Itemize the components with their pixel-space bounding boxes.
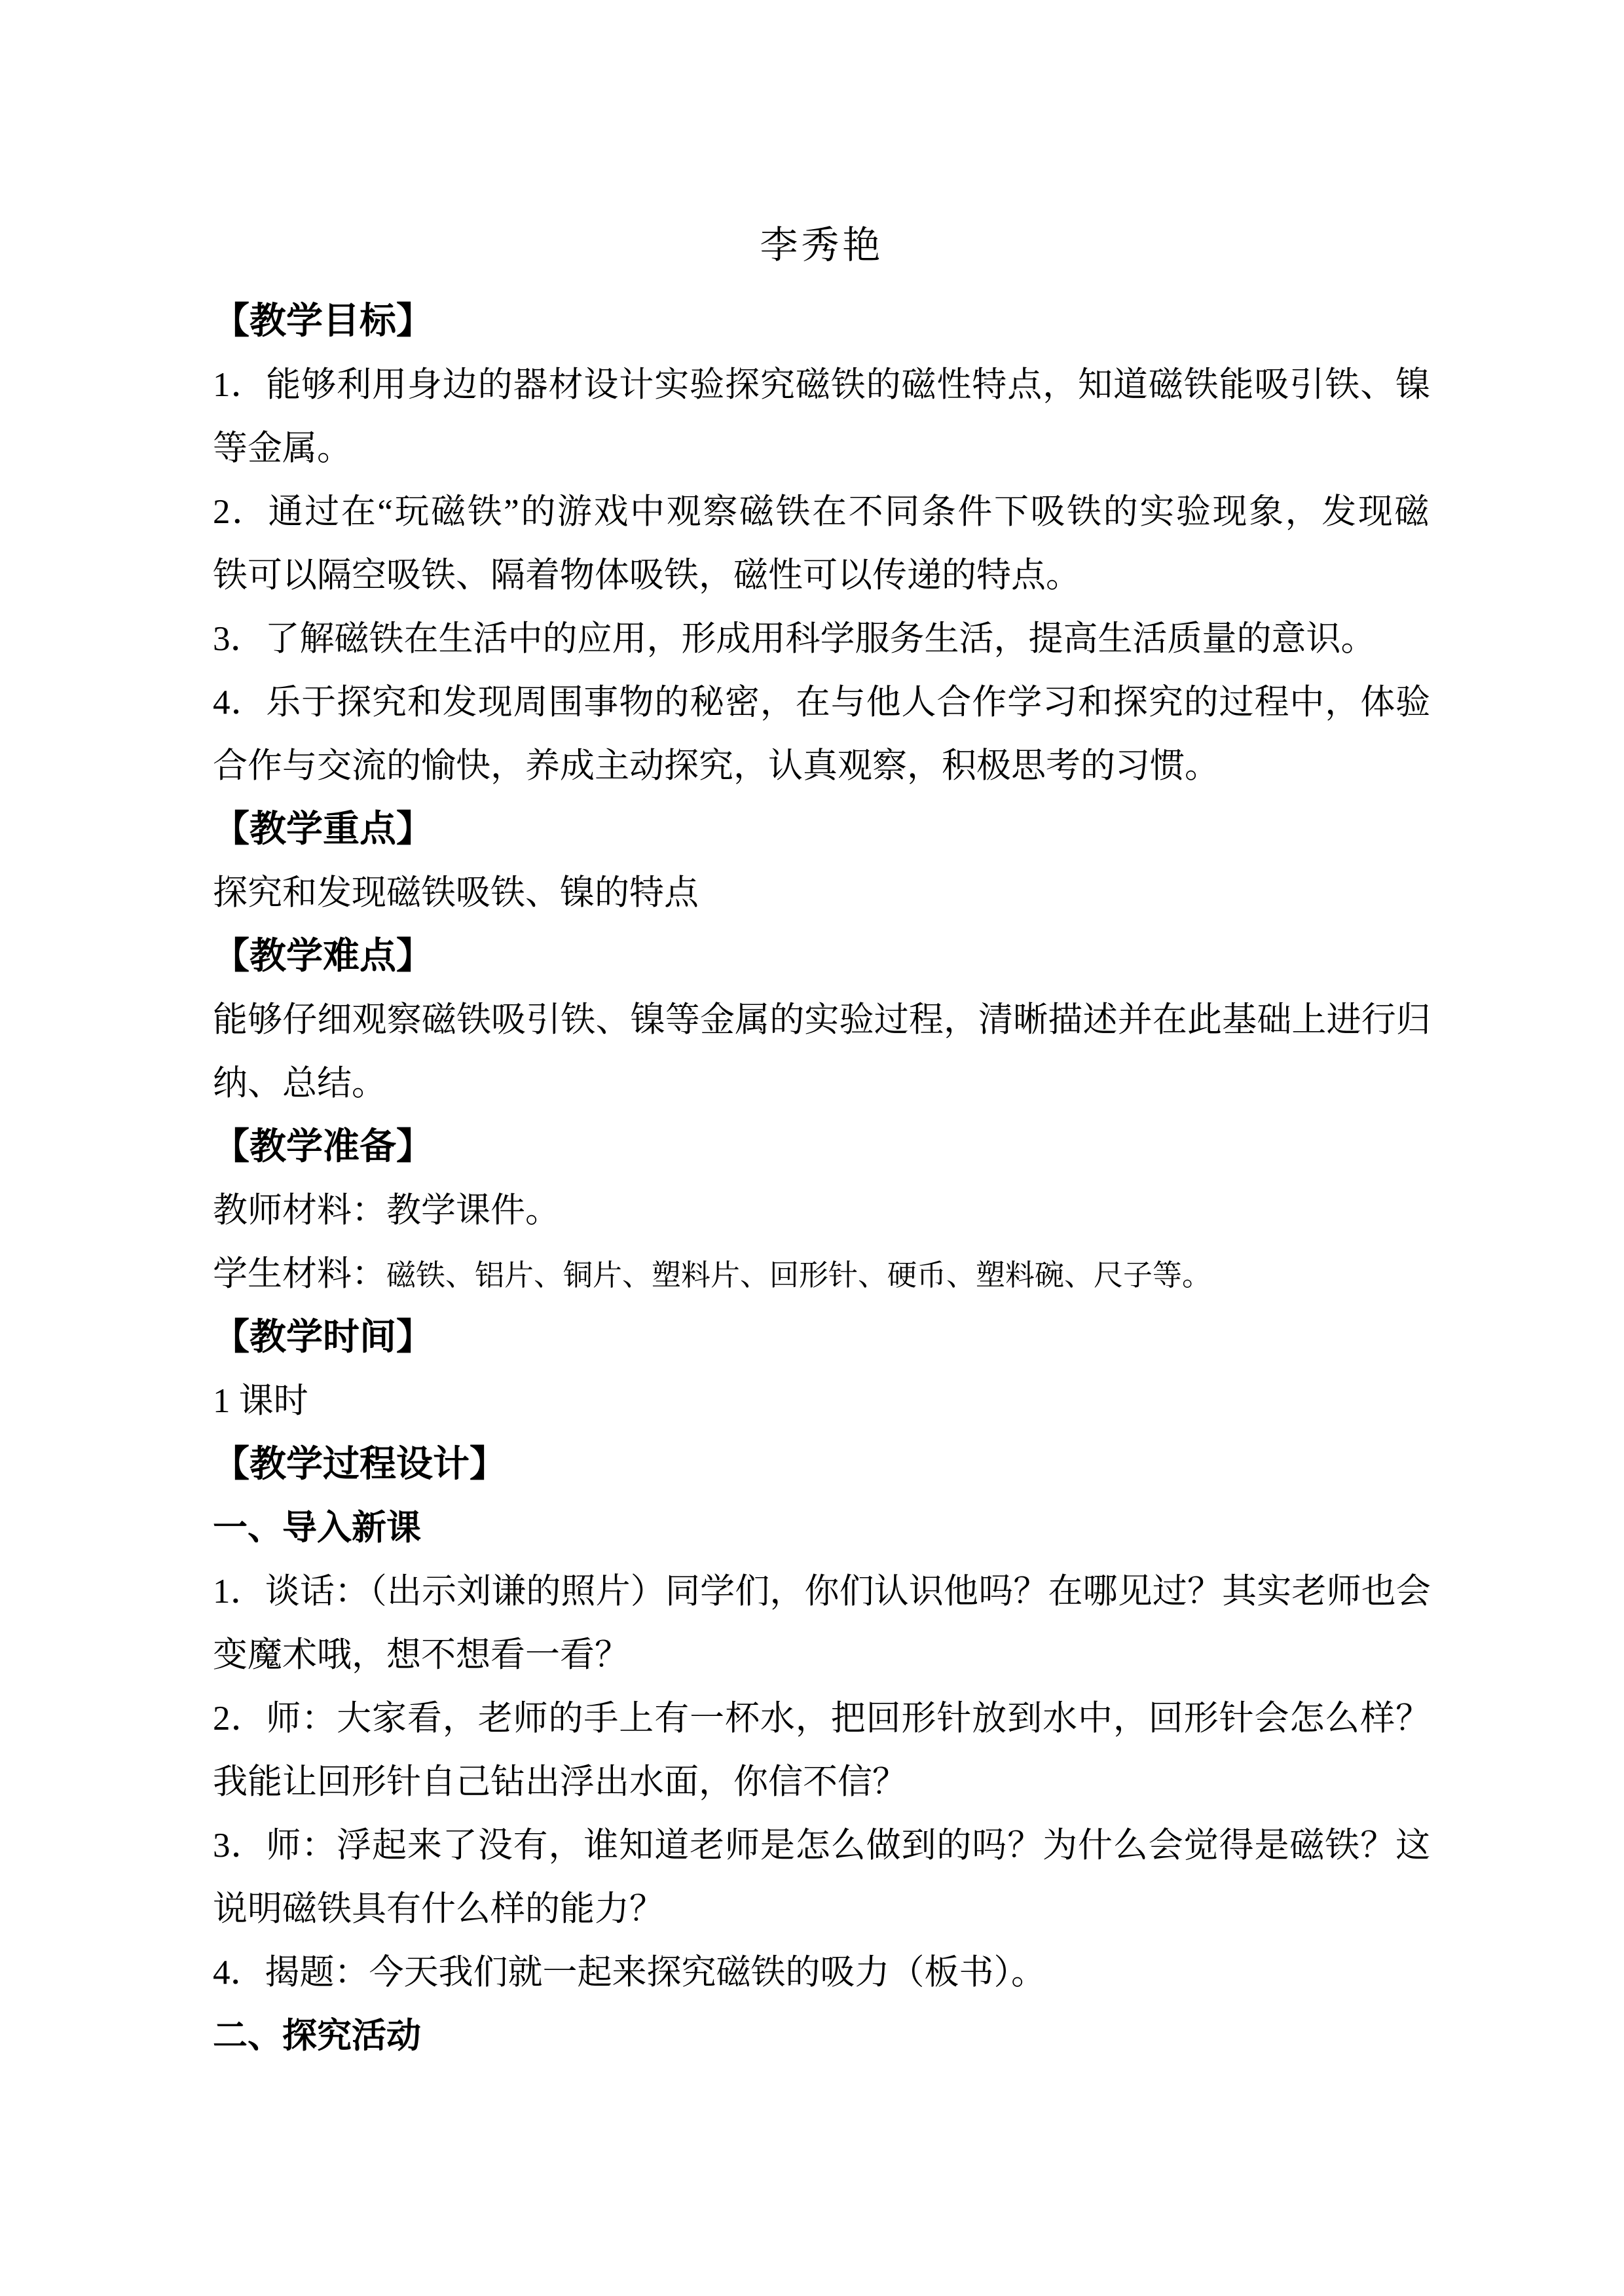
document-content: 李秀艳 【教学目标】1．能够利用身边的器材设计实验探究磁铁的磁性特点，知道磁铁能… bbox=[0, 0, 1624, 2296]
line-text: 一、导入新课 bbox=[213, 1509, 421, 1547]
paragraph-line: 说明磁铁具有什么样的能力？ bbox=[213, 1878, 1431, 1941]
paragraph-line: 我能让回形针自己钻出浮出水面，你信不信？ bbox=[213, 1751, 1431, 1814]
paragraph-line: 1 课时 bbox=[213, 1370, 1431, 1433]
paragraph-line: 4．揭题：今天我们就一起来探究磁铁的吸力（板书）。 bbox=[213, 1941, 1431, 2005]
line-prefix: 学生材料： bbox=[213, 1255, 386, 1293]
line-text: 3．了解磁铁在生活中的应用，形成用科学服务生活，提高生活质量的意识。 bbox=[213, 620, 1376, 658]
line-text: 4．乐于探究和发现周围事物的秘密，在与他人合作学习和探究的过程中，体验 bbox=[213, 683, 1431, 721]
paragraph-line: 等金属。 bbox=[213, 417, 1431, 481]
line-text: 1．谈话：（出示刘谦的照片）同学们，你们认识他吗？在哪见过？其实老师也会 bbox=[213, 1573, 1431, 1611]
line-text: 教师材料：教学课件。 bbox=[213, 1192, 560, 1230]
line-text: 2．师：大家看，老师的手上有一杯水，把回形针放到水中，回形针会怎么样？ bbox=[213, 1700, 1431, 1738]
section-heading: 【教学时间】 bbox=[213, 1306, 1431, 1370]
line-text: 纳、总结。 bbox=[213, 1065, 386, 1102]
sub-heading: 二、探究活动 bbox=[213, 2005, 1431, 2068]
line-text: 1．能够利用身边的器材设计实验探究磁铁的磁性特点，知道磁铁能吸引铁、镍 bbox=[213, 366, 1431, 404]
line-text: 2．通过在“玩磁铁”的游戏中观察磁铁在不同条件下吸铁的实验现象，发现磁 bbox=[213, 493, 1431, 531]
document-title: 李秀艳 bbox=[213, 213, 1431, 277]
section-heading: 【教学过程设计】 bbox=[213, 1433, 1431, 1497]
section-heading: 【教学难点】 bbox=[213, 925, 1431, 989]
section-heading: 【教学目标】 bbox=[213, 290, 1431, 354]
line-text: 4．揭题：今天我们就一起来探究磁铁的吸力（板书）。 bbox=[213, 1954, 1046, 1992]
paragraph-line: 4．乐于探究和发现周围事物的秘密，在与他人合作学习和探究的过程中，体验 bbox=[213, 671, 1431, 735]
paragraph-line: 1．能够利用身边的器材设计实验探究磁铁的磁性特点，知道磁铁能吸引铁、镍 bbox=[213, 354, 1431, 417]
line-text: 合作与交流的愉快，养成主动探究，认真观察，积极思考的习惯。 bbox=[213, 747, 1219, 785]
line-text: 3．师：浮起来了没有，谁知道老师是怎么做到的吗？为什么会觉得是磁铁？这 bbox=[213, 1827, 1431, 1865]
line-text: 【教学重点】 bbox=[213, 809, 433, 850]
line-text: 能够仔细观察磁铁吸引铁、镍等金属的实验过程，清晰描述并在此基础上进行归 bbox=[213, 1001, 1431, 1039]
paragraph-line: 3．了解磁铁在生活中的应用，形成用科学服务生活，提高生活质量的意识。 bbox=[213, 608, 1431, 671]
line-text: 铁可以隔空吸铁、隔着物体吸铁，磁性可以传递的特点。 bbox=[213, 556, 1080, 594]
line-text: 变魔术哦，想不想看一看？ bbox=[213, 1636, 629, 1674]
paragraph-line: 纳、总结。 bbox=[213, 1052, 1431, 1116]
paragraph-line: 能够仔细观察磁铁吸引铁、镍等金属的实验过程，清晰描述并在此基础上进行归 bbox=[213, 989, 1431, 1052]
line-text: 【教学准备】 bbox=[213, 1127, 433, 1167]
paragraph-line: 探究和发现磁铁吸铁、镍的特点 bbox=[213, 862, 1431, 925]
paragraph-line: 3．师：浮起来了没有，谁知道老师是怎么做到的吗？为什么会觉得是磁铁？这 bbox=[213, 1814, 1431, 1878]
paragraph-line: 2．师：大家看，老师的手上有一杯水，把回形针放到水中，回形针会怎么样？ bbox=[213, 1687, 1431, 1751]
line-text: 1 课时 bbox=[213, 1382, 308, 1420]
line-text: 我能让回形针自己钻出浮出水面，你信不信？ bbox=[213, 1763, 907, 1801]
line-text: 说明磁铁具有什么样的能力？ bbox=[213, 1890, 664, 1928]
line-text: 【教学过程设计】 bbox=[213, 1444, 506, 1485]
line-text: 磁铁、铝片、铜片、塑料片、回形针、硬币、塑料碗、尺子等。 bbox=[386, 1259, 1211, 1292]
sub-heading: 一、导入新课 bbox=[213, 1497, 1431, 1560]
paragraph-line: 变魔术哦，想不想看一看？ bbox=[213, 1624, 1431, 1687]
paragraph-line: 1．谈话：（出示刘谦的照片）同学们，你们认识他吗？在哪见过？其实老师也会 bbox=[213, 1560, 1431, 1624]
line-text: 探究和发现磁铁吸铁、镍的特点 bbox=[213, 874, 699, 912]
paragraph-line: 2．通过在“玩磁铁”的游戏中观察磁铁在不同条件下吸铁的实验现象，发现磁 bbox=[213, 481, 1431, 544]
line-text: 【教学时间】 bbox=[213, 1317, 433, 1358]
paragraph-line: 教师材料：教学课件。 bbox=[213, 1179, 1431, 1243]
paragraph-line: 铁可以隔空吸铁、隔着物体吸铁，磁性可以传递的特点。 bbox=[213, 544, 1431, 608]
document-page: 李秀艳 【教学目标】1．能够利用身边的器材设计实验探究磁铁的磁性特点，知道磁铁能… bbox=[0, 0, 1624, 2296]
paragraph-line: 学生材料：磁铁、铝片、铜片、塑料片、回形针、硬币、塑料碗、尺子等。 bbox=[213, 1243, 1431, 1306]
line-text: 【教学目标】 bbox=[213, 301, 433, 342]
section-heading: 【教学准备】 bbox=[213, 1116, 1431, 1179]
paragraph-line: 合作与交流的愉快，养成主动探究，认真观察，积极思考的习惯。 bbox=[213, 735, 1431, 798]
line-text: 二、探究活动 bbox=[213, 2017, 421, 2055]
section-heading: 【教学重点】 bbox=[213, 798, 1431, 862]
line-text: 等金属。 bbox=[213, 429, 352, 467]
document-body: 【教学目标】1．能够利用身边的器材设计实验探究磁铁的磁性特点，知道磁铁能吸引铁、… bbox=[213, 290, 1431, 2068]
line-text: 【教学难点】 bbox=[213, 936, 433, 977]
